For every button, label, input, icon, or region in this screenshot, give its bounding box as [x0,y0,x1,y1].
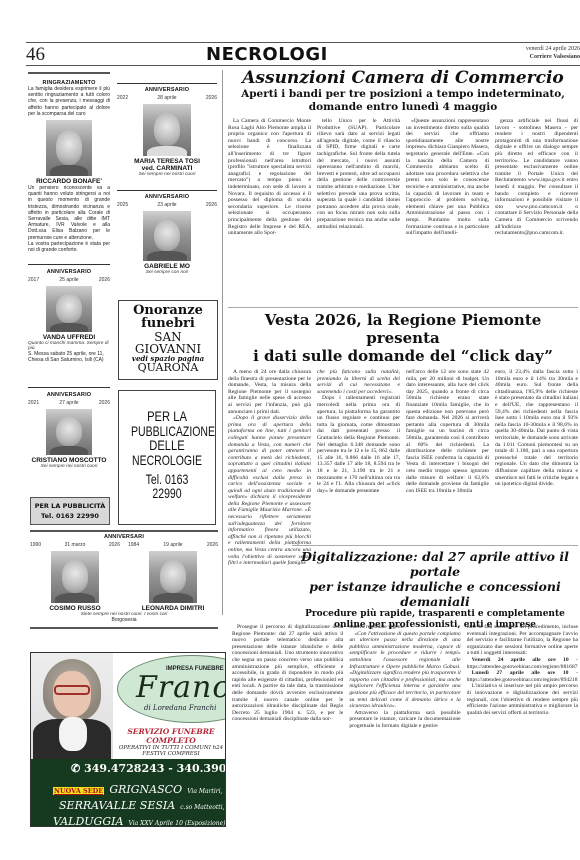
article-subhead: Procedure più rapide, trasparenti e comp… [292,609,578,620]
necrologie-line2: PUBBLICAZIONE [131,424,203,439]
year-from: 1990 [30,542,41,548]
page-header: 46 NECROLOGI venerdì 24 aprile 2026 Corr… [26,42,580,66]
mass-info: S. Messa sabato 25 aprile, ore 11, Chies… [28,351,110,363]
anniversary-years: 1984 19 aprile 2026 [128,542,218,548]
anniversary-day: 19 aprile [163,542,182,548]
year-from: 2021 [28,400,39,406]
article-paragraph: A meno di 24 ore dalla chiusura della fi… [228,369,311,415]
anniversary-left: 1990 31 marzo 2026 COSIMO RUSSO [30,540,120,612]
publicity-phone: Tel. 0163 22990 [31,512,109,520]
necrologie-line1: PER LA [129,409,206,424]
obituary-tosi: ANNIVERSARIO 2022 28 aprile 2026 MARIA T… [117,83,217,177]
article-headline: Assunzioni Camera di Commercio [228,68,578,88]
page-number: 46 [26,44,45,66]
location-city: VALDUGGIA [53,815,123,827]
webinar-session-2: Lunedì 27 aprile alle ore 10 - https://a… [467,670,578,683]
issue-info: venerdì 24 aprile 2026 Corriere Valsesia… [526,45,580,61]
anniversary-years: 2017 25 aprile 2026 [28,277,110,283]
anniversary-years: 2022 28 aprile 2026 [117,95,217,101]
article-paragraph: mativa regionale vigente. [349,624,460,631]
obituary-kind: ANNIVERSARIO [117,194,217,200]
deceased-name: RICCARDO BONAFE' [28,178,110,185]
obituary-dedication: Sei sempre nei nostri cuori [117,172,217,177]
article-subhead: Aperti i bandi per tre posizioni a tempo… [228,88,578,101]
divider [30,627,218,629]
anniversary-day: 23 aprile [157,202,176,208]
digitalizzazione-body: Prosegue il percorso di digitalizzazione… [232,624,578,820]
anniversary-years: 2025 23 aprile 2026 [117,202,217,208]
article-paragraph: tello Unico per le Attività Produttive (… [317,118,400,230]
article-digitalizzazione: Digitalizzazione: dal 27 aprile attivo i… [292,545,578,635]
franchi-service: SERVIZIO FUNEBRE COMPLETO [115,727,226,745]
franchi-contact-band: ✆ 349.4728243 - 340.3904960 NUOVA SEDE G… [31,759,225,827]
deceased-name: VANDA UFFREDI [28,334,110,341]
anniversary-right: 1984 19 aprile 2026 LEONARDA DIMITRI [128,540,218,612]
year-to: 2026 [99,277,110,283]
anniversary-day: 28 aprile [157,95,176,101]
year-to: 2026 [99,400,110,406]
necrologie-ad: PER LA PUBBLICAZIONE DELLE NECROLOGIE Te… [118,390,216,525]
deceased-name: COSIMO RUSSO [30,605,120,612]
divider [28,72,110,74]
necrologie-line4: NECROLOGIE [131,453,203,468]
portrait-photo [149,551,197,603]
deceased-name-married: ved. CARMINATI [117,165,217,172]
anniversary-day: 27 aprile [59,400,78,406]
article-body: La Camera di Commercio Monte Rosa Laghi … [228,118,578,290]
deceased-name: GABRIELE MO [117,263,217,270]
article-paragraph: euro, il 23,4% dalla fascia sotto i 10mi… [495,369,578,488]
obituary-ringraziamento: RINGRAZIAMENTO La famiglia desidera espr… [28,72,110,253]
session-date: Lunedì 27 aprile alle ore 10 [472,670,569,676]
article-quote: che più faticano sulla natalità, premian… [317,369,400,395]
obituary-moscotto: ANNIVERSARIO 2021 27 aprile 2026 CRISTIA… [28,387,110,469]
article-paragraph: Attraverso la piattaforma sarà possibile… [349,710,460,730]
publicity-ad: PER LA PUBBLICITÀ Tel. 0163 22990 [30,497,110,525]
onoranze-line2: funebri [119,317,217,330]
year-from: 1984 [128,542,139,548]
divider [117,190,217,191]
publicity-line1: PER LA PUBBLICITÀ [31,502,109,510]
franchi-location-3: VALDUGGIA Via XXV Aprile 10 (Esposizione… [53,810,226,827]
deceased-name: CRISTIANO MOSCOTTO [28,457,110,464]
necrologie-phone: Tel. 0163 22990 [131,472,203,501]
obituary-uffredi: ANNIVERSARIO 2017 25 aprile 2026 VANDA U… [28,264,110,363]
divider [30,530,218,532]
franchi-services: SERVIZIO FUNEBRE COMPLETO OPERATIVI IN T… [115,727,226,757]
deceased-name: MARIA TERESA TOSI [117,158,217,165]
portrait-photo [46,409,92,455]
portrait-photo [46,286,92,332]
obituary-dedication: Quanto ci manchi mamma. Sempre di più. [28,341,110,351]
article-headline: Vesta 2026, la Regione Piemonte presenta [228,311,578,347]
article-paragraph: La Camera di Commercio Monte Rosa Laghi … [228,118,311,237]
article-paragraph: tutte le fasi successive del procediment… [467,624,578,657]
obituary-closing: La vostra partecipazione è stata per noi… [28,241,110,253]
article-headline: i dati sulle domande del “click day” [228,347,578,365]
year-to: 2026 [206,95,217,101]
franchi-logo: IMPRESA FUNEBRE Franchi di Loredana Fran… [117,655,226,723]
phone-icon: ✆ [71,762,84,775]
year-to: 2026 [109,542,120,548]
obituary-mo: ANNIVERSARIO 2025 23 aprile 2026 GABRIEL… [117,190,217,275]
anniversary-day: 25 aprile [59,277,78,283]
obituary-anniversari: ANNIVERSARI 1990 31 marzo 2026 COSIMO RU… [30,530,218,629]
portrait-photo [143,104,191,156]
article-paragraph: nell'arco delle 12 ore sono state 42 mil… [406,369,489,494]
franchi-holidays: FESTIVI COMPRESI [115,751,226,757]
year-to: 2026 [207,542,218,548]
obituary-text: Un pensiero riconoscente va a quanti han… [28,185,110,241]
franchi-phones: ✆ 349.4728243 - 340.3904960 [71,762,226,775]
deceased-name: LEONARDA DIMITRI [128,605,218,612]
obituary-place: Borgosesia [30,617,218,623]
divider [28,264,110,265]
obituary-kind: ANNIVERSARIO [117,87,217,93]
onoranze-san-giovanni-ad: Onoranze funebri SAN GIOVANNI vedi spazi… [118,300,218,380]
article-paragraph: L'iniziativa si inserisce nel più ampio … [467,683,578,716]
article-headline: Digitalizzazione: dal 27 aprile attivo i… [292,549,578,579]
divider [228,307,578,308]
article-paragraph: «Queste assunzioni rappresentano un inve… [406,118,489,237]
franchi-funeral-ad: IMPRESA FUNEBRE Franchi di Loredana Fran… [30,652,226,827]
year-to: 2026 [206,202,217,208]
obituary-kind: ANNIVERSARIO [28,269,110,275]
year-from: 2022 [117,95,128,101]
article-headline: per istanze idrauliche e concessioni dem… [292,579,578,609]
article-camera-commercio: Assunzioni Camera di Commercio Aperti i … [228,68,578,290]
portrait-photo [143,211,191,261]
anniversary-day: 31 marzo [65,542,86,548]
section-title: NECROLOGI [206,44,328,65]
article-subhead: domande entro lunedì 4 maggio [228,101,578,114]
article-paragraph: Prosegue il percorso di digitalizzazione… [232,624,343,723]
obituary-dedication: Sei sempre con noi! [117,270,217,275]
obituary-dedication: Sei sempre nei nostri cuori [28,464,110,469]
article-paragraph: Dopo i rallentamenti registrati mercoled… [317,395,400,494]
session-date: Venerdì 24 aprile alle ore 10 [472,657,569,663]
franchi-brand: Franchi [136,670,226,705]
anniversary-years: 2021 27 aprile 2026 [28,400,110,406]
issue-date: venerdì 24 aprile 2026 [526,45,580,53]
portrait-photo [51,551,99,603]
onoranze-line6: QUARONA [119,362,217,373]
year-from: 2017 [28,277,39,283]
year-from: 2025 [117,202,128,208]
franchi-owner: di Loredana Franchi [144,704,216,712]
divider [117,83,217,84]
column-divider [222,70,223,615]
paper-name: Corriere Valsesiano [526,53,580,61]
article-paragraph: genza artificiale nei flussi di lavoro -… [495,118,578,237]
necrologie-line3: DELLE [129,438,206,453]
article-quote: «Con l'attivazione di questo portale com… [349,631,460,710]
obituary-kind: ANNIVERSARIO [28,392,110,398]
phone-numbers: 349.4728243 - 340.3904960 [84,762,226,775]
obituary-intro: La famiglia desidera esprimere il più se… [28,86,110,117]
location-address: Via XXV Aprile 10 (Esposizione) [129,820,226,827]
owner-photo [31,653,113,763]
portrait-photo [46,120,92,176]
webinar-session-1: Venerdì 24 aprile alle ore 10 - https://… [467,657,578,670]
anniversary-years: 1990 31 marzo 2026 [30,542,120,548]
divider [28,387,110,388]
